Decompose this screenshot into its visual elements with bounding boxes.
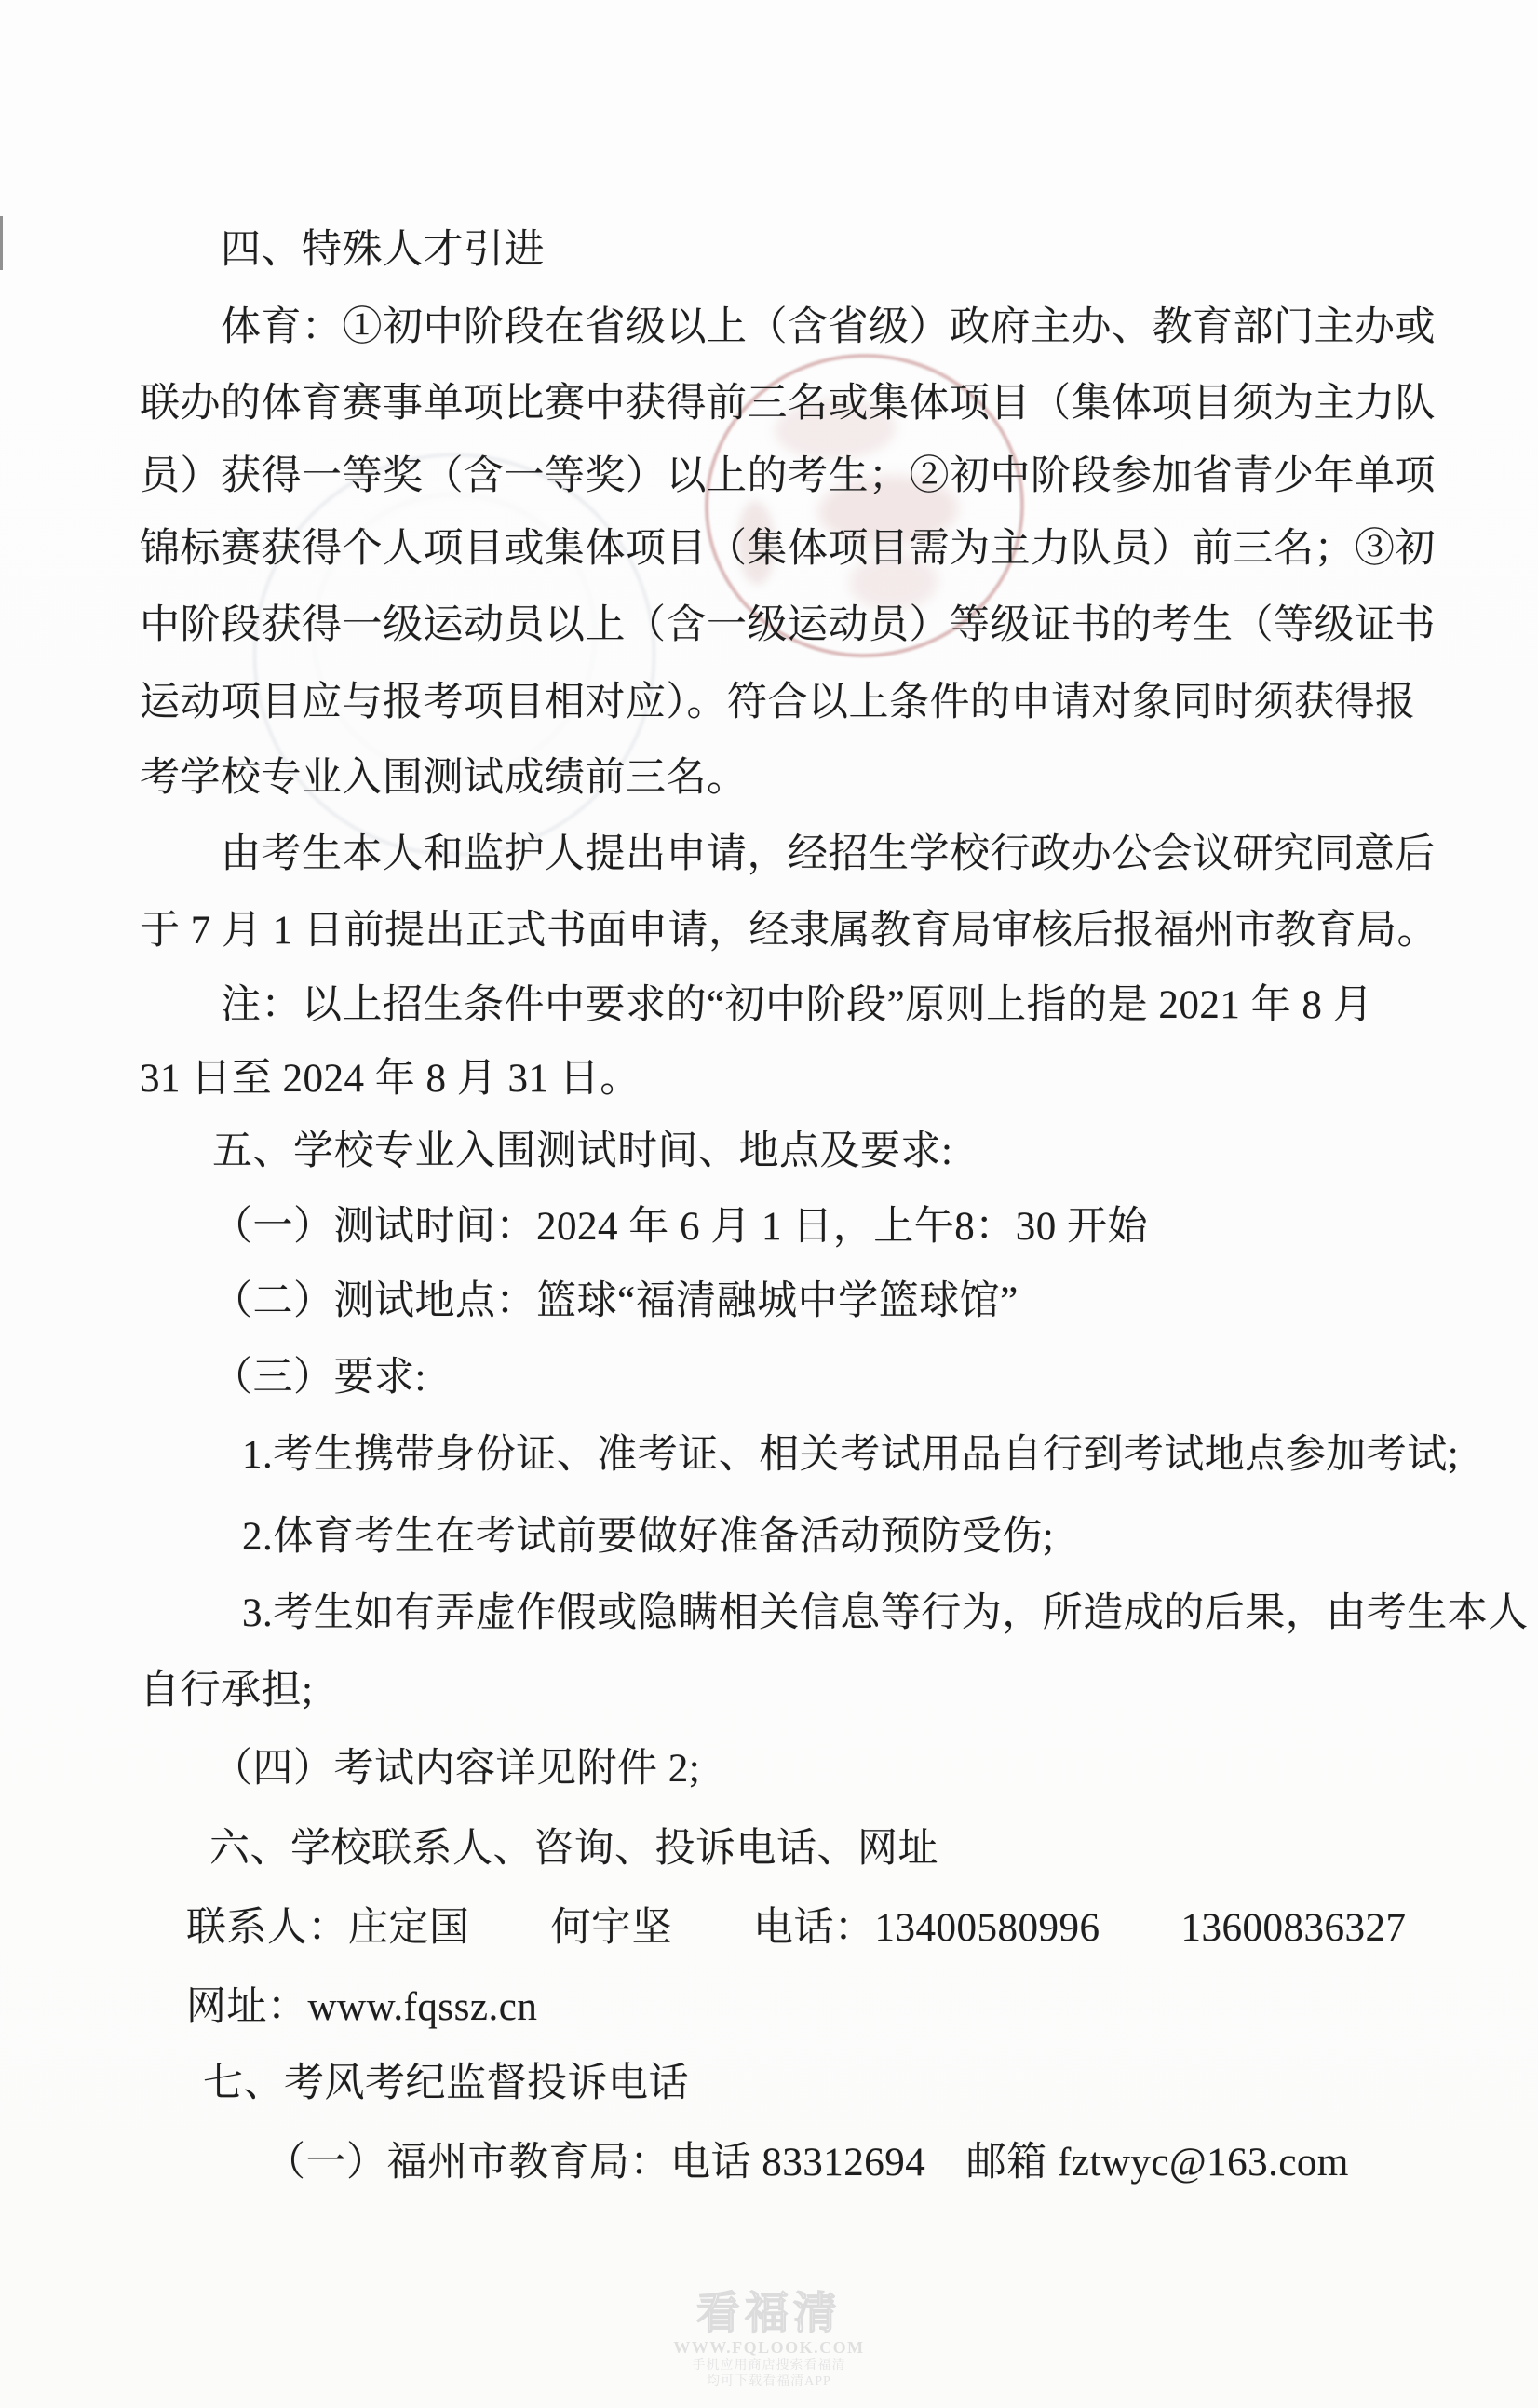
- section-heading-5: 五、学校专业入围测试时间、地点及要求:: [212, 1130, 952, 1174]
- body-line: 考学校专业入围测试成绩前三名。: [140, 756, 748, 801]
- website-line: 网址：www.fqssz.cn: [186, 1985, 537, 2030]
- body-line: 于 7 月 1 日前提出正式书面申请，经隶属教育局审核后报福州市教育局。: [140, 909, 1437, 954]
- body-line: 体育：①初中阶段在省级以上（含省级）政府主办、教育部门主办或: [221, 305, 1436, 350]
- bureau-contact-line: （一）福州市教育局：电话 83312694 邮箱 fztwyc@163.com: [265, 2141, 1349, 2185]
- subitem-test-location: （二）测试地点：篮球“福清融城中学篮球馆”: [212, 1279, 1019, 1324]
- numbered-item-3: 3.考生如有弄虚作假或隐瞒相关信息等行为，所造成的后果，由考生本人: [242, 1591, 1529, 1636]
- body-line: 锦标赛获得个人项目或集体项目（集体项目需为主力队员）前三名；③初: [140, 527, 1436, 572]
- body-line: 员）获得一等奖（含一等奖）以上的考生；②初中阶段参加省青少年单项: [140, 454, 1436, 499]
- body-line: 联办的体育赛事单项比赛中获得前三名或集体项目（集体项目须为主力队: [140, 382, 1436, 426]
- scanned-document-page: 四、特殊人才引进 体育：①初中阶段在省级以上（含省级）政府主办、教育部门主办或 …: [0, 0, 1538, 2408]
- watermark-url: WWW.FQLOOK.COM: [673, 2337, 864, 2358]
- watermark-tagline: 手机应用商店搜索看福清: [673, 2358, 864, 2374]
- section-heading-7: 七、考风考纪监督投诉电话: [203, 2062, 689, 2106]
- subitem-test-time: （一）测试时间：2024 年 6 月 1 日，上午8：30 开始: [212, 1205, 1148, 1250]
- body-line: 中阶段获得一级运动员以上（含一级运动员）等级证书的考生（等级证书: [140, 603, 1436, 648]
- watermark-brand: 看福清: [673, 2291, 864, 2337]
- gray-ghost-seal-stamp: [243, 443, 666, 866]
- body-line: 由考生本人和监护人提出申请，经招生学校行政办公会议研究同意后: [221, 832, 1436, 877]
- numbered-item-2: 2.体育考生在考试前要做好准备活动预防受伤;: [242, 1515, 1054, 1560]
- note-line: 注：以上招生条件中要求的“初中阶段”原则上指的是 2021 年 8 月: [221, 983, 1373, 1028]
- subitem-requirements: （三）要求:: [212, 1356, 426, 1400]
- watermark-tagline: 均可下载看福清APP: [673, 2374, 864, 2389]
- subitem-exam-content: （四）考试内容详见附件 2;: [212, 1747, 700, 1792]
- contact-line: 联系人：庄定国 何宇坚 电话：13400580996 13600836327: [186, 1906, 1407, 1951]
- numbered-item-1: 1.考生携带身份证、准考证、相关考试用品自行到考试地点参加考试;: [242, 1433, 1459, 1478]
- section-heading-6: 六、学校联系人、咨询、投诉电话、网址: [209, 1827, 938, 1872]
- scan-edge-artifact: [0, 216, 3, 270]
- section-heading-4: 四、特殊人才引进: [221, 228, 545, 273]
- body-line: 运动项目应与报考项目相对应）。符合以上条件的申请对象同时须获得报: [140, 681, 1416, 725]
- note-line: 31 日至 2024 年 8 月 31 日。: [140, 1057, 641, 1102]
- site-watermark: 看福清 WWW.FQLOOK.COM 手机应用商店搜索看福清 均可下载看福清AP…: [673, 2291, 864, 2389]
- body-line: 自行承担;: [140, 1669, 313, 1713]
